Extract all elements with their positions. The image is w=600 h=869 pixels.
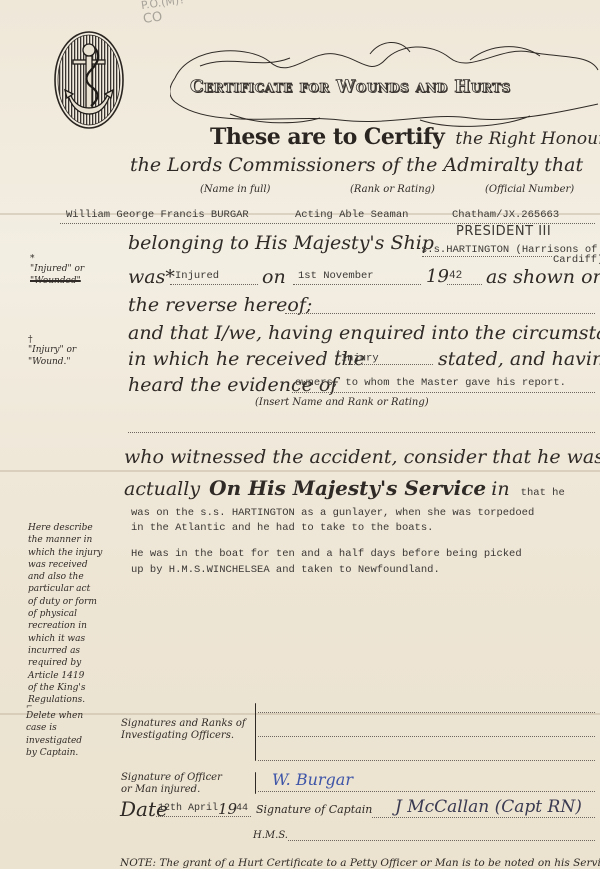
enquired-text: and that I/we, having enquired into the … xyxy=(128,322,600,344)
actually-line: actually On His Majesty's Service in tha… xyxy=(124,476,565,500)
injury-type-value: Injury xyxy=(341,353,379,365)
label-rank-or-rating: (Rank or Rating) xyxy=(350,184,435,195)
received-text-pre: in which he received the xyxy=(128,348,365,370)
margin-note-describe-manner: Here describe the manner in which the in… xyxy=(28,522,102,706)
field-cert-date: 12th April xyxy=(158,803,218,814)
as-shown-text: as shown on xyxy=(486,266,600,288)
field-cert-year: 44 xyxy=(236,803,248,814)
description-line-2: in the Atlantic and he had to take to th… xyxy=(131,522,433,534)
certify-gothic-heading: These are to Certify xyxy=(210,124,444,150)
margin-note-injury-or-wound: † "Injury" or "Wound." xyxy=(28,336,76,368)
ohms-text: On His Majesty's Service xyxy=(209,476,486,500)
certificate-title: Certificate for Wounds and Hurts xyxy=(190,77,600,97)
description-line-1: was on the s.s. HARTINGTON as a gunlayer… xyxy=(131,507,534,519)
year-prefix: 19 xyxy=(426,266,449,287)
margin-note-injured-or-wounded: * "Injured" or "Wounded" xyxy=(30,256,84,287)
paper-fold xyxy=(0,470,600,472)
injured-signature-label: Signature of Officer or Man injured. xyxy=(121,772,222,796)
was-underline xyxy=(170,284,258,285)
signature-injured: W. Burgar xyxy=(272,770,353,789)
description-line-3: He was in the boat for ten and a half da… xyxy=(131,548,522,560)
anchor-emblem-icon xyxy=(53,30,125,130)
footer-note: NOTE: The grant of a Hurt Certificate to… xyxy=(120,857,600,869)
injured-brace xyxy=(255,772,256,794)
field-official-number: Chatham/JX.265663 xyxy=(452,209,559,221)
label-official-number: (Official Number) xyxy=(485,184,574,195)
certify-continuation: the Right Honourable xyxy=(455,129,600,149)
investigating-signature-line-3[interactable] xyxy=(258,760,595,761)
belonging-text: belonging to His Majesty's Ship xyxy=(128,232,434,254)
lords-commissioners-line: the Lords Commissioners of the Admiralty… xyxy=(130,154,583,176)
investigating-brace xyxy=(255,703,256,761)
field-rank: Acting Able Seaman xyxy=(295,209,408,221)
injury-underline xyxy=(345,364,433,365)
certify-line: These are to Certify the Right Honourabl… xyxy=(210,124,600,150)
witnessed-text: who witnessed the accident, consider tha… xyxy=(124,446,600,468)
field-incident-year: 42 xyxy=(449,270,462,282)
witness-blank-line xyxy=(128,432,595,433)
on-text: on xyxy=(262,266,286,288)
hms-label: H.M.S. xyxy=(253,830,288,841)
was-text: was* xyxy=(128,266,175,288)
evidence-underline xyxy=(292,392,595,393)
reverse-underline xyxy=(285,313,595,314)
received-text-post: stated, and having xyxy=(438,348,600,370)
field-service-in: that he xyxy=(521,487,565,499)
ship-handwritten: PRESIDENT III xyxy=(456,224,551,239)
in-text: in xyxy=(491,478,509,500)
actually-text: actually xyxy=(124,478,200,500)
year-underline xyxy=(447,284,482,285)
ship-typed-owner: Cardiff) xyxy=(553,254,600,266)
signature-captain: J McCallan (Capt RN) xyxy=(395,797,582,817)
ship-underline xyxy=(422,256,552,257)
margin-note-delete-when: ⌐ Delete when case is investigated by Ca… xyxy=(26,704,83,759)
captain-signature-label: Signature of Captain xyxy=(256,803,372,816)
date-underline xyxy=(293,284,421,285)
investigating-signature-line-1[interactable] xyxy=(258,712,595,713)
field-was-status: Injured xyxy=(175,270,219,282)
label-name-in-full: (Name in full) xyxy=(200,184,270,195)
cert-date-underline xyxy=(156,816,251,817)
label-insert-name-rank: (Insert Name and Rank or Rating) xyxy=(255,397,429,408)
injured-signature-line[interactable] xyxy=(258,791,595,792)
hms-line[interactable] xyxy=(288,840,595,841)
field-injury-type: †Injury xyxy=(336,350,379,365)
paper-fold xyxy=(0,713,600,715)
investigating-signature-line-2[interactable] xyxy=(258,736,595,737)
captain-signature-line[interactable] xyxy=(372,817,595,818)
investigating-officers-label: Signatures and Ranks of Investigating Of… xyxy=(121,718,246,742)
field-incident-date: 1st November xyxy=(298,270,374,282)
field-name: William George Francis BURGAR xyxy=(66,209,249,221)
description-line-4: up by H.M.S.WINCHELSEA and taken to Newf… xyxy=(131,564,440,576)
field-evidence-of: owners, to whom the Master gave his repo… xyxy=(295,377,566,389)
pencil-annotation: P.O.(M)? CO xyxy=(140,0,188,27)
